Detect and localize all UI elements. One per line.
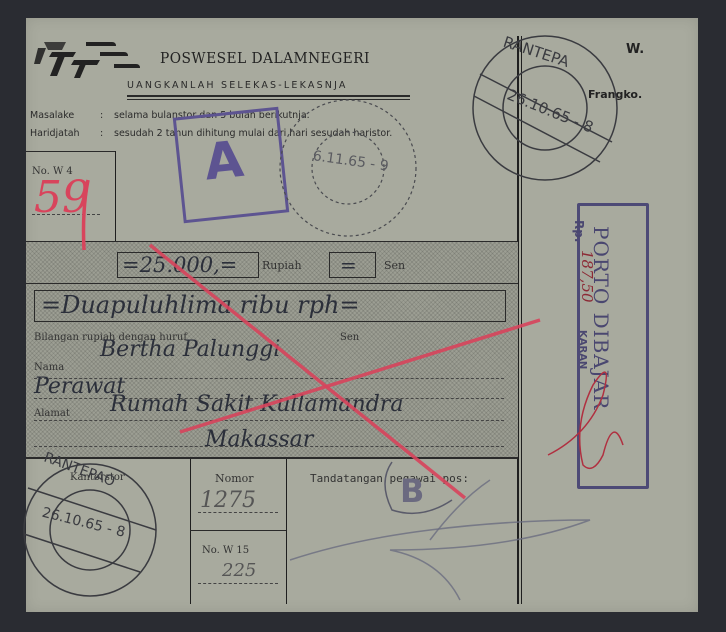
form-subtitle: UANGKANLAH SELEKAS-LEKASNJA bbox=[127, 80, 348, 91]
subtitle-underline-2 bbox=[127, 99, 410, 100]
address-line-2[interactable]: Rumah Sakit Kullamandra bbox=[110, 392, 403, 417]
rupiah-value: =25.000,= bbox=[122, 253, 237, 277]
stamp-a: A bbox=[173, 107, 289, 223]
bottom-divider bbox=[190, 459, 191, 604]
rule-label-masalake: Masalake bbox=[30, 110, 74, 121]
name-value[interactable]: Bertha Palunggi bbox=[100, 337, 280, 362]
sen-label: Sen bbox=[384, 259, 405, 272]
form-no-bottom: No. W 15 bbox=[202, 545, 249, 556]
number-value[interactable]: 1275 bbox=[200, 488, 256, 513]
rule-sep: : bbox=[100, 128, 103, 139]
rule-sep: : bbox=[100, 110, 103, 121]
number-divider bbox=[190, 530, 286, 531]
form-no-bottom-value[interactable]: 225 bbox=[222, 560, 256, 581]
rupiah-field[interactable]: =25.000,= bbox=[117, 252, 259, 278]
porto-paid-label: KARAN bbox=[577, 330, 588, 369]
amount-words-sen-label: Sen bbox=[340, 332, 359, 343]
box-side bbox=[115, 151, 116, 241]
w-label: W. bbox=[626, 42, 644, 57]
porto-dibajar-stamp: PORTO DIBAJAR Rp. 187,50 KARAN bbox=[577, 203, 649, 489]
rule-label-haridjatah: Haridjatah bbox=[30, 128, 80, 139]
main-divider-2 bbox=[521, 36, 522, 604]
amount-words-value: =Duapuluhlima ribu rph= bbox=[41, 291, 360, 319]
subtitle-underline bbox=[127, 95, 410, 97]
name-label: Nama bbox=[34, 362, 64, 373]
bottom-divider-2 bbox=[286, 459, 287, 604]
signature-label: Tandatangan pegawai pos: bbox=[310, 472, 469, 485]
number-line bbox=[198, 512, 278, 513]
porto-amount: 187,50 bbox=[578, 250, 596, 303]
frangko-label: Frangko. bbox=[588, 88, 642, 101]
stamp-b-letter: B bbox=[400, 472, 424, 510]
address-line-3[interactable]: Makassar bbox=[205, 427, 313, 452]
address-line bbox=[34, 420, 504, 421]
box-top bbox=[26, 151, 116, 152]
stamp-a-letter: A bbox=[202, 130, 247, 192]
section-divider bbox=[26, 283, 518, 284]
form-title: POSWESEL DALAMNEGERI bbox=[160, 49, 370, 67]
rupiah-label: Rupiah bbox=[262, 259, 302, 272]
section-top bbox=[26, 241, 518, 242]
address-label: Alamat bbox=[34, 408, 70, 419]
office-label: Kantorstor bbox=[70, 472, 125, 483]
pos-logo-icon bbox=[34, 38, 142, 80]
section-bottom bbox=[26, 457, 518, 459]
sen-field[interactable]: = bbox=[329, 252, 376, 278]
porto-rp-label: Rp. bbox=[572, 220, 586, 242]
red-number: 59 bbox=[34, 172, 90, 223]
number-label: Nomor bbox=[215, 472, 254, 485]
form-no-line bbox=[198, 583, 278, 584]
sen-value: = bbox=[340, 253, 357, 277]
amount-words-field[interactable]: =Duapuluhlima ribu rph= bbox=[34, 290, 506, 322]
address-line bbox=[34, 446, 504, 447]
